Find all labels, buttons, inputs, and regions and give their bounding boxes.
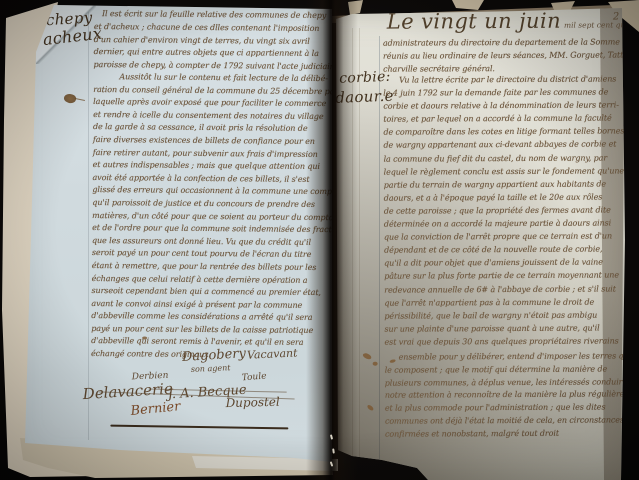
manuscript-line: que la conviction de l'arrêt propre que … bbox=[384, 230, 624, 244]
right-page-text: 2 Le vingt un juinmil sept cent quatre v… bbox=[0, 0, 639, 480]
manuscript-line: administrateurs du directoire du departe… bbox=[383, 36, 623, 50]
signature: J. A. Becque bbox=[167, 383, 247, 403]
manuscript-line: et de l'ordre pour que la commune soit i… bbox=[92, 222, 322, 237]
page-number: 2 bbox=[613, 11, 619, 22]
body-paragraph: Vu la lettre écrite par le directoire du… bbox=[383, 72, 624, 348]
manuscript-line: d'abbeville qui seront remis à l'avenir,… bbox=[91, 335, 321, 350]
manuscript-line: paroisse de chepy, à compter de 1792 sui… bbox=[93, 59, 323, 74]
manuscript-line: partie du terrain de wargny appartient a… bbox=[384, 177, 624, 191]
manuscript-line: la commune du fief dit du castel, du nom… bbox=[384, 151, 624, 165]
signature: Dagobery bbox=[182, 346, 247, 365]
manuscript-line: qu'il a dit pour objet que d'amiens joui… bbox=[384, 256, 624, 270]
corner-fold-crease bbox=[36, 4, 96, 64]
ink-smudge bbox=[366, 404, 374, 412]
opening-paragraph: administrateurs du directoire du departe… bbox=[383, 36, 623, 76]
manuscript-line: avoit été apportée à la confection de ce… bbox=[92, 172, 322, 187]
manuscript-line: et rendre à icelle du consentement des n… bbox=[93, 109, 323, 124]
signature: Delavacerie bbox=[82, 380, 173, 403]
manuscript-line: de wargny appartenant aux ci-devant abba… bbox=[383, 138, 623, 152]
manuscript-line: étant à remettre, que pour la rentrée de… bbox=[92, 260, 322, 275]
under-page-edge-bottom-light bbox=[0, 0, 639, 480]
manuscript-line: échangé contre des originaux. bbox=[91, 348, 321, 363]
ink-smudge bbox=[142, 336, 147, 339]
signature: Vacavant bbox=[247, 346, 298, 361]
signature: Dupostel bbox=[225, 395, 280, 410]
manuscript-line: ensemble pour y délibérer, entend d'impo… bbox=[385, 350, 625, 364]
manuscript-line: et la plus commode pour l'administration… bbox=[385, 402, 625, 416]
body-paragraph: Aussitôt lu sur le contenu et fait lectu… bbox=[91, 71, 324, 363]
manuscript-line: le composent ; que le motif qui détermin… bbox=[385, 363, 625, 377]
manuscript-line: notre attention à reconnoître de la mani… bbox=[385, 389, 625, 403]
manuscript-line: charville secrétaire général. bbox=[383, 62, 623, 76]
manuscript-line: faire retirer autant, pour subvenir aux … bbox=[93, 147, 323, 162]
manuscript-line: seroit payé un pour cent tout pourvu de … bbox=[92, 247, 322, 262]
torn-paper-fragment bbox=[0, 0, 639, 480]
manuscript-line: communes ont déjà l'état la moitié de ce… bbox=[385, 414, 625, 428]
manuscript-line: redevance annuelle de 6# à l'abbaye de c… bbox=[384, 282, 624, 296]
left-page-text: chepy acheux Il est écrit sur la feuille… bbox=[0, 0, 639, 480]
manuscript-line: et d'acheux ; chacune de ces dlles conte… bbox=[94, 21, 324, 36]
closing-rule bbox=[110, 425, 288, 430]
manuscript-line: et autres indispensables ; mais que quel… bbox=[93, 159, 323, 174]
margin-rule-line bbox=[379, 36, 380, 478]
ink-smudge bbox=[389, 359, 396, 363]
ink-smudge bbox=[362, 352, 372, 360]
body-paragraph: ensemble pour y délibérer, entend d'impo… bbox=[385, 350, 625, 441]
manuscript-photo: 2 Le vingt un juinmil sept cent quatre v… bbox=[0, 0, 639, 480]
corner-shadow bbox=[0, 0, 639, 480]
manuscript-line: faire diverses existences de billets de … bbox=[93, 134, 323, 149]
manuscript-line: de cette paroisse ; que la propriété des… bbox=[384, 203, 624, 217]
manuscript-line: déterminée on a accordé la majeure parti… bbox=[384, 216, 624, 230]
entry-heading: Le vingt un juinmil sept cent quatre vin… bbox=[387, 8, 639, 34]
fold-line bbox=[88, 12, 89, 440]
torn-paper-fragment bbox=[0, 0, 639, 480]
manuscript-line: échanges que celui relatif à cette derni… bbox=[92, 273, 322, 288]
signature: Derbien bbox=[132, 371, 169, 383]
gutter-crease bbox=[359, 28, 360, 468]
manuscript-line: d'abbeville comme les considérations a a… bbox=[91, 310, 321, 325]
manuscript-line: toires, et par lequel on a accordé à la … bbox=[383, 112, 623, 126]
signature-flourish bbox=[99, 391, 295, 399]
manuscript-line: d'un cahier d'environ vingt de terres, d… bbox=[94, 34, 324, 49]
binding-stitch bbox=[330, 461, 334, 466]
ink-blot bbox=[63, 92, 77, 104]
under-page-edge-left bbox=[0, 0, 639, 480]
manuscript-line: que l'arrêt n'appartient pas à la commun… bbox=[384, 295, 624, 309]
ink-smudge bbox=[373, 362, 378, 366]
manuscript-line: est vrai que depuis 30 ans quelques prop… bbox=[385, 334, 625, 348]
manuscript-line: matières, d'un côté pour que ce soient a… bbox=[92, 210, 322, 225]
manuscript-line: plusieurs communes, à déplus venue, les … bbox=[385, 376, 625, 390]
torn-paper-fragment bbox=[0, 0, 639, 480]
manuscript-line: sur une plainte d'une paroisse quant à u… bbox=[384, 321, 624, 335]
manuscript-line: Vu la lettre écrite par le directoire du… bbox=[383, 72, 623, 86]
photo-vignette bbox=[0, 0, 639, 480]
signature: Bernier bbox=[130, 399, 181, 419]
manuscript-line: avant le convoi ainsi exigé à présent pa… bbox=[91, 298, 321, 313]
torn-paper-fragment bbox=[0, 0, 639, 480]
gutter-crease bbox=[352, 28, 353, 468]
signature-flourish bbox=[149, 389, 287, 393]
manuscript-line: que les assureurs ont donné lieu. Vu que… bbox=[92, 235, 322, 250]
body-paragraph: Il est écrit sur la feuille relative des… bbox=[93, 8, 324, 74]
marginalia-corbie: corbie: bbox=[339, 69, 391, 87]
manuscript-line: daours, et a à l'époque payé la taille e… bbox=[384, 190, 624, 204]
manuscript-line: périssibilité, que le bail de wargny n'é… bbox=[384, 308, 624, 322]
marginalia-daours: daour.e bbox=[335, 87, 394, 107]
binding-stitch bbox=[332, 448, 335, 453]
manuscript-line: qu'il paroissoit de justice et du concou… bbox=[92, 197, 322, 212]
manuscript-line: de comparoître dans les cotes en litige … bbox=[383, 125, 623, 139]
manuscript-line: glissé des erreurs qui occasionnent à la… bbox=[92, 184, 322, 199]
binding-stitch bbox=[330, 434, 333, 439]
book-gutter bbox=[306, 0, 358, 480]
manuscript-line: Aussitôt lu sur le contenu et fait lectu… bbox=[93, 71, 323, 86]
signature-title: son agent bbox=[191, 363, 231, 374]
signature: Toule bbox=[241, 371, 266, 383]
manuscript-line: dépendant et de ce côté de la nouvelle r… bbox=[384, 243, 624, 257]
manuscript-line: réunis au lieu ordinaire de leurs séance… bbox=[383, 49, 623, 63]
ink-blot bbox=[75, 98, 85, 101]
manuscript-line: pâture sur la plus forte partie de ce te… bbox=[384, 269, 624, 283]
manuscript-line: surseoit cependant bien qui a commencé a… bbox=[91, 285, 321, 300]
manuscript-line: ration du conseil général de la commune … bbox=[93, 84, 323, 99]
right-page: 2 Le vingt un juinmil sept cent quatre v… bbox=[0, 0, 639, 480]
marginalia-chepy: chepy bbox=[45, 8, 93, 29]
heading-date: Le vingt un juin bbox=[387, 9, 561, 34]
under-page-edge-bottom bbox=[0, 0, 639, 480]
page-stack-edge bbox=[0, 0, 639, 480]
manuscript-line: dernier, qui entre autres objets que ci … bbox=[94, 46, 324, 61]
left-page: chepy acheux Il est écrit sur la feuille… bbox=[0, 0, 639, 480]
manuscript-line: Il est écrit sur la feuille relative des… bbox=[94, 8, 324, 23]
manuscript-line: lequel le règlement conclu est assis sur… bbox=[384, 164, 624, 178]
manuscript-line: de la garde à sa cessance, il avoit pris… bbox=[93, 121, 323, 136]
manuscript-line: laquelle après avoir exposé que pour fac… bbox=[93, 96, 323, 111]
marginalia-acheux: acheux bbox=[42, 24, 103, 50]
worn-page-edge bbox=[0, 0, 639, 480]
manuscript-line: corbie et daours relative à la dénommina… bbox=[383, 99, 623, 113]
manuscript-line: le 4 juin 1792 sur la demande faite par … bbox=[383, 86, 623, 100]
heading-continuation: mil sept cent quatre vingt douze l'an 4e… bbox=[564, 20, 639, 30]
manuscript-line: confirmées et nonobstant, malgré tout dr… bbox=[385, 427, 625, 441]
manuscript-line: payé un pour cent sur les billets de la … bbox=[91, 323, 321, 338]
